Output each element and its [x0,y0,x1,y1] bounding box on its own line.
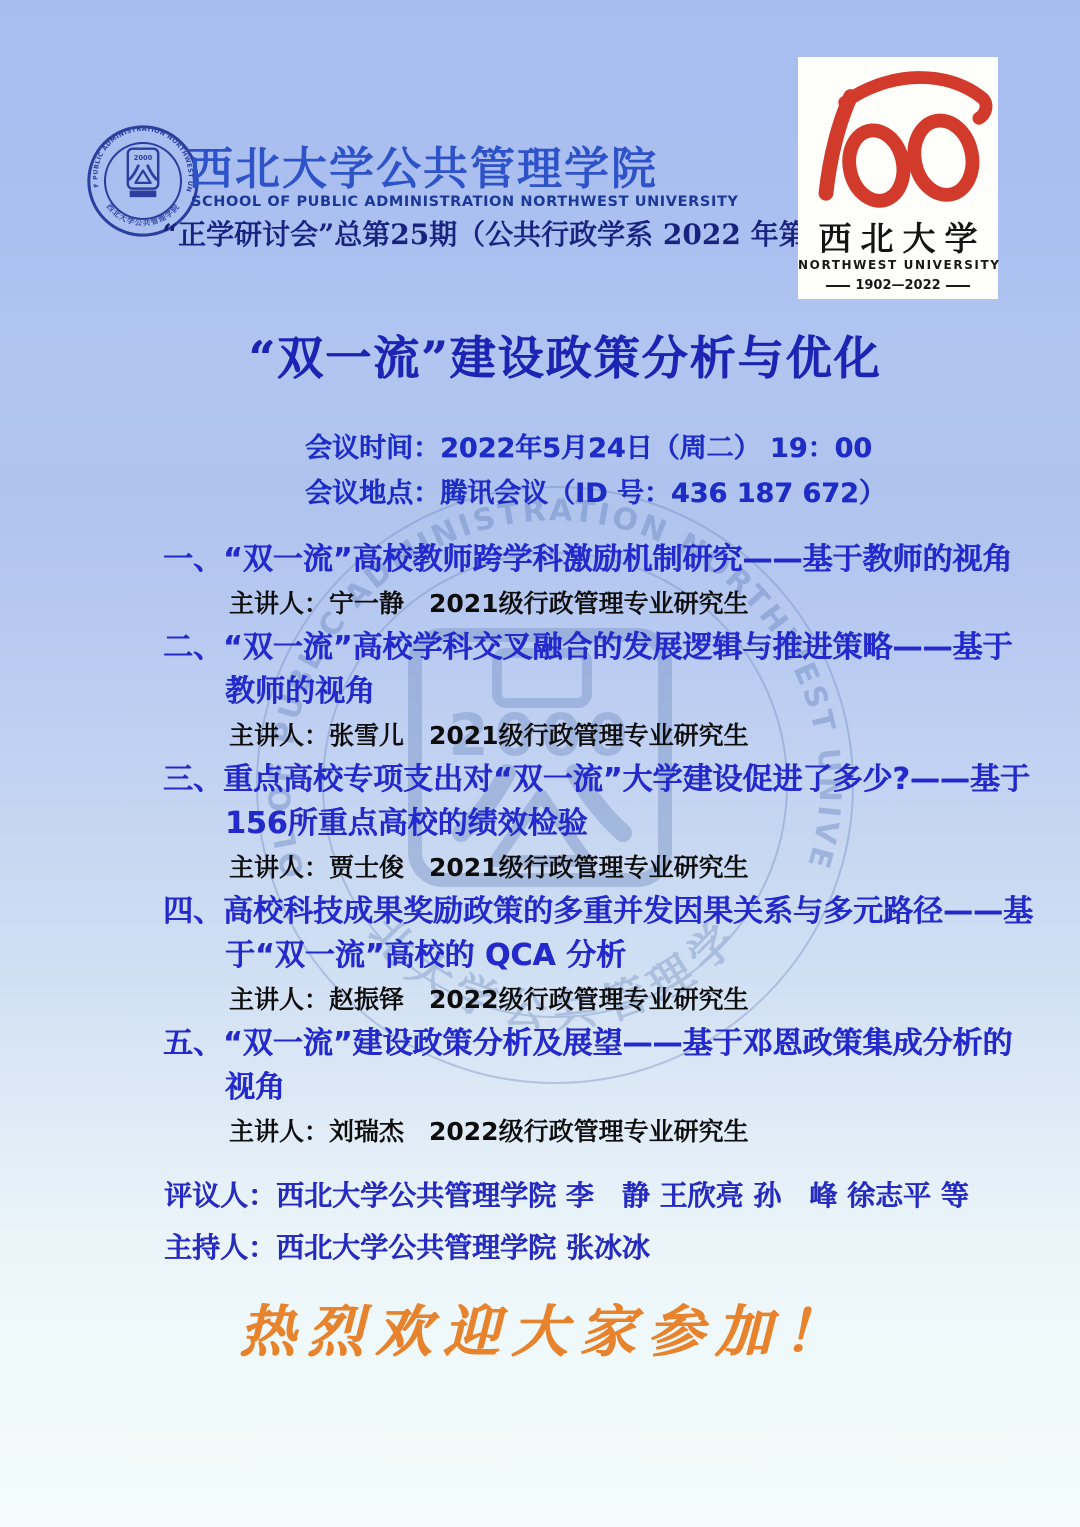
anniversary-100-icon [798,63,998,211]
anniversary-years-text: 1902—2022 [855,278,940,293]
agenda-item-speaker: 主讲人：张雪儿 2021级行政管理专业研究生 [163,714,953,758]
agenda-item-title-text: 高校科技成果奖励政策的多重并发因果关系与多元路径——基 [223,894,1033,929]
agenda-item-number: 四、 [163,894,223,929]
agenda-item-4: 四、高校科技成果奖励政策的多重并发因果关系与多元路径——基 于“双一流”高校的 … [163,890,953,1022]
host-line: 主持人：西北大学公共管理学院 张冰冰 [164,1226,650,1266]
agenda-item-title: 二、“双一流”高校学科交叉融合的发展逻辑与推进策略——基于 [163,626,953,670]
seminar-series-line: “正学研讨会”总第25期（公共行政学系 2022 年第 4 期） [162,213,902,253]
agenda-list: 一、“双一流”高校教师跨学科激励机制研究——基于教师的视角 主讲人：宁一静 20… [163,538,953,1154]
welcome-message: 热烈欢迎大家参加！ [30,1288,1060,1368]
agenda-item-speaker: 主讲人：刘瑞杰 2022级行政管理专业研究生 [163,1110,953,1154]
reviewers-line: 评议人：西北大学公共管理学院 李 静 王欣亮 孙 峰 徐志平 等 [164,1174,969,1214]
agenda-item-title: 三、重点高校专项支出对“双一流”大学建设促进了多少?——基于 [163,758,953,802]
years-rule-right [946,285,970,287]
agenda-item-speaker: 主讲人：贾士俊 2021级行政管理专业研究生 [163,846,953,890]
anniversary-logo-card: 西北大学 NORTHWEST UNIVERSITY 1902—2022 [798,57,998,299]
agenda-item-title-text: “双一流”高校学科交叉融合的发展逻辑与推进策略——基于 [223,630,1012,665]
agenda-item-title-cont: 于“双一流”高校的 QCA 分析 [163,934,953,978]
seminar-poster: SCHOOL OF PUBLIC ADMINISTRATION NORTHWES… [0,0,1080,1527]
anniversary-university-en: NORTHWEST UNIVERSITY [798,258,998,272]
agenda-item-number: 一、 [163,542,223,577]
meeting-time: 会议时间：2022年5月24日（周二） 19：00 [305,426,872,465]
agenda-item-title-cont: 156所重点高校的绩效检验 [163,802,953,846]
agenda-item-number: 五、 [163,1026,223,1061]
anniversary-university-cn: 西北大学 [798,213,998,260]
agenda-item-1: 一、“双一流”高校教师跨学科激励机制研究——基于教师的视角 主讲人：宁一静 20… [163,538,953,626]
school-name-cn: 西北大学公共管理学院 [188,132,748,197]
anniversary-years: 1902—2022 [798,278,998,293]
meeting-location: 会议地点：腾讯会议（ID 号：436 187 672） [305,471,886,510]
agenda-item-title-text: “双一流”建设政策分析及展望——基于邓恩政策集成分析的 [223,1026,1012,1061]
seal-year: 2000 [134,154,153,162]
agenda-item-title: 一、“双一流”高校教师跨学科激励机制研究——基于教师的视角 [163,538,953,582]
agenda-item-3: 三、重点高校专项支出对“双一流”大学建设促进了多少?——基于 156所重点高校的… [163,758,953,890]
agenda-item-title: 五、“双一流”建设政策分析及展望——基于邓恩政策集成分析的 [163,1022,953,1066]
agenda-item-title-cont: 教师的视角 [163,670,953,714]
years-rule-left [826,285,850,287]
agenda-item-title-text: 重点高校专项支出对“双一流”大学建设促进了多少?——基于 [223,762,1030,797]
school-name-en: SCHOOL OF PUBLIC ADMINISTRATION NORTHWES… [191,194,739,210]
agenda-item-5: 五、“双一流”建设政策分析及展望——基于邓恩政策集成分析的 视角 主讲人：刘瑞杰… [163,1022,953,1154]
agenda-item-number: 二、 [163,630,223,665]
agenda-item-2: 二、“双一流”高校学科交叉融合的发展逻辑与推进策略——基于 教师的视角 主讲人：… [163,626,953,758]
agenda-item-title-cont: 视角 [163,1066,953,1110]
agenda-item-number: 三、 [163,762,223,797]
page-title: “双一流”建设政策分析与优化 [50,322,1080,388]
agenda-item-title-text: “双一流”高校教师跨学科激励机制研究——基于教师的视角 [223,542,1012,577]
agenda-item-title: 四、高校科技成果奖励政策的多重并发因果关系与多元路径——基 [163,890,953,934]
agenda-item-speaker: 主讲人：赵振铎 2022级行政管理专业研究生 [163,978,953,1022]
agenda-item-speaker: 主讲人：宁一静 2021级行政管理专业研究生 [163,582,953,626]
